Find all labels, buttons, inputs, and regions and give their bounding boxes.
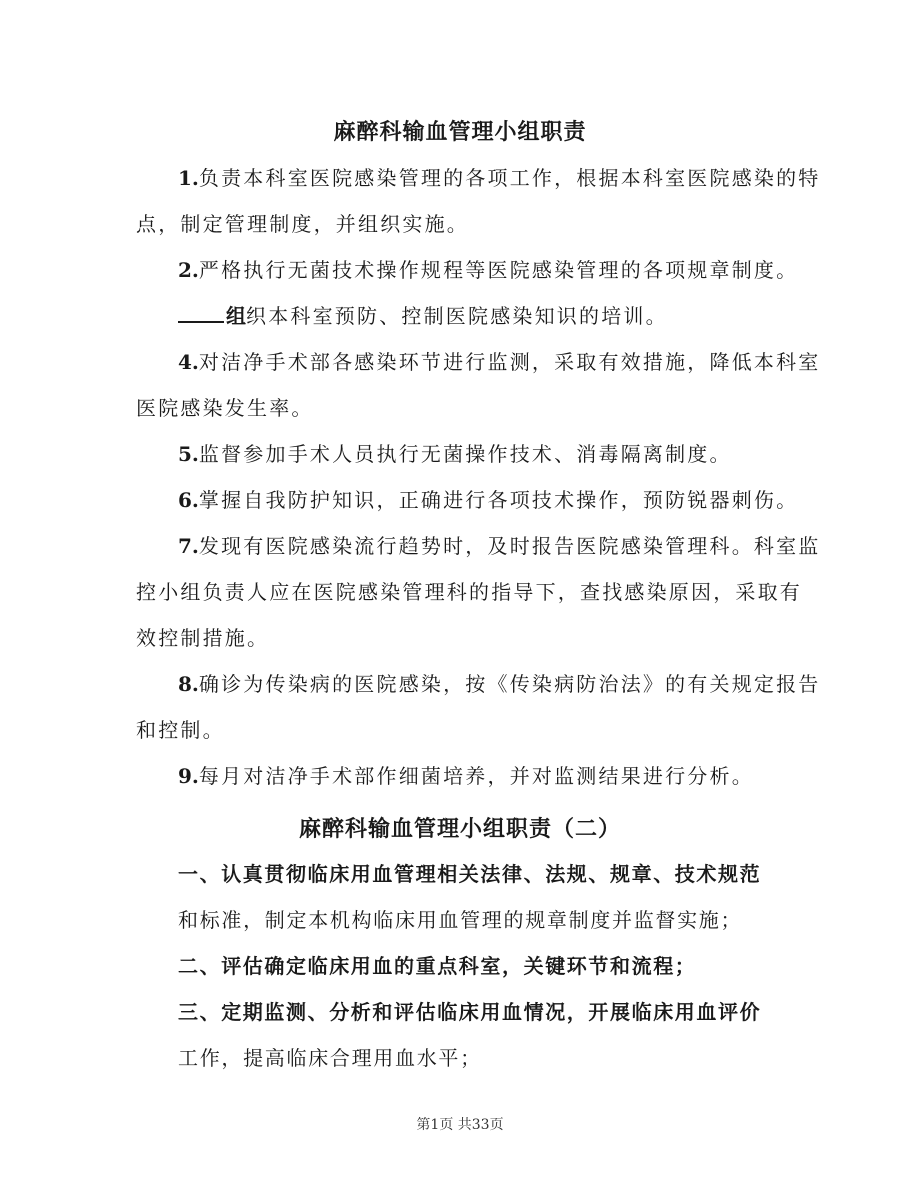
item-number: 6. bbox=[178, 488, 199, 512]
item-text: 监督参加手术人员执行无菌操作技术、消毒隔离制度。 bbox=[199, 442, 732, 466]
document-page: 麻醉科输血管理小组职责 1.负责本科室医院感染管理的各项工作，根据本科室医院感染… bbox=[0, 0, 920, 1191]
section-1-title: 麻醉科输血管理小组职责 bbox=[0, 115, 920, 146]
item-3-line-1: 组织本科室预防、控制医院感染知识的培训。 bbox=[178, 302, 668, 330]
item-text: 织本科室预防、控制医院感染知识的培训。 bbox=[246, 304, 668, 328]
item-number: 1. bbox=[178, 166, 199, 190]
item-text: 对洁净手术部各感染环节进行监测，采取有效措施，降低本科室 bbox=[199, 350, 821, 374]
item-text: 严格执行无菌技术操作规程等医院感染管理的各项规章制度。 bbox=[199, 258, 798, 282]
item-5-line-1: 5.监督参加手术人员执行无菌操作技术、消毒隔离制度。 bbox=[178, 440, 732, 468]
item-8-line-1: 8.确诊为传染病的医院感染，按《传染病防治法》的有关规定报告 bbox=[178, 670, 821, 698]
item-number: 8. bbox=[178, 672, 199, 696]
item-4-line-2: 医院感染发生率。 bbox=[136, 394, 314, 422]
item-4-line-1: 4.对洁净手术部各感染环节进行监测，采取有效措施，降低本科室 bbox=[178, 348, 821, 376]
item-7-line-2: 控小组负责人应在医院感染管理科的指导下，查找感染原因，采取有 bbox=[136, 578, 802, 606]
item-text: 掌握自我防护知识，正确进行各项技术操作，预防锐器刺伤。 bbox=[199, 488, 798, 512]
section-2-title: 麻醉科输血管理小组职责（二） bbox=[0, 812, 920, 843]
item-number: 9. bbox=[178, 764, 199, 788]
item-text-bold: 组 bbox=[226, 304, 246, 328]
section-2-item-1-line-1: 一、认真贯彻临床用血管理相关法律、法规、规章、技术规范 bbox=[178, 860, 761, 888]
item-text: 发现有医院感染流行趋势时，及时报告医院感染管理科。科室监 bbox=[199, 534, 821, 558]
item-number: 5. bbox=[178, 442, 199, 466]
section-2-item-3-line-2: 工作，提高临床合理用血水平； bbox=[178, 1044, 482, 1072]
section-2-item-1-line-2: 和标准，制定本机构临床用血管理的规章制度并监督实施； bbox=[178, 906, 742, 934]
item-7-line-1: 7.发现有医院感染流行趋势时，及时报告医院感染管理科。科室监 bbox=[178, 532, 821, 560]
item-1-line-2: 点，制定管理制度，并组织实施。 bbox=[136, 210, 469, 238]
item-6-line-1: 6.掌握自我防护知识，正确进行各项技术操作，预防锐器刺伤。 bbox=[178, 486, 798, 514]
item-number: 2. bbox=[178, 258, 199, 282]
section-2-item-2-line-1: 二、评估确定临床用血的重点科室，关键环节和流程； bbox=[178, 952, 696, 980]
item-text: 负责本科室医院感染管理的各项工作，根据本科室医院感染的特 bbox=[199, 166, 821, 190]
item-number: 4. bbox=[178, 350, 199, 374]
blank-underline bbox=[178, 303, 224, 323]
item-8-line-2: 和控制。 bbox=[136, 716, 225, 744]
section-2-item-3-line-1: 三、定期监测、分析和评估临床用血情况，开展临床用血评价 bbox=[178, 998, 761, 1026]
item-text: 确诊为传染病的医院感染，按《传染病防治法》的有关规定报告 bbox=[199, 672, 821, 696]
item-2-line-1: 2.严格执行无菌技术操作规程等医院感染管理的各项规章制度。 bbox=[178, 256, 798, 284]
item-text: 每月对洁净手术部作细菌培养，并对监测结果进行分析。 bbox=[199, 764, 754, 788]
page-indicator: 第1页 共33页 bbox=[0, 1114, 920, 1134]
item-1-line-1: 1.负责本科室医院感染管理的各项工作，根据本科室医院感染的特 bbox=[178, 164, 821, 192]
item-number: 7. bbox=[178, 534, 199, 558]
item-9-line-1: 9.每月对洁净手术部作细菌培养，并对监测结果进行分析。 bbox=[178, 762, 754, 790]
item-7-line-3: 效控制措施。 bbox=[136, 624, 269, 652]
